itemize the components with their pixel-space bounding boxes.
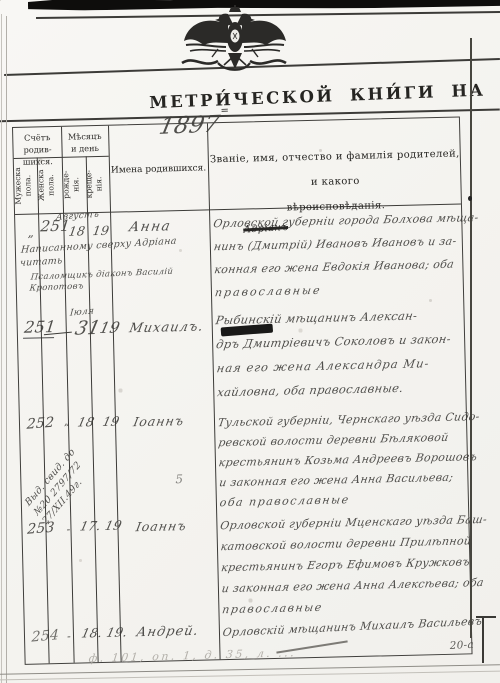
row1-male-ditto: „ bbox=[27, 226, 34, 240]
row5-child-name: Андрей. bbox=[135, 624, 200, 641]
row2-male-number: 251 bbox=[23, 317, 57, 339]
row1-correction-note: Написанному сверху Адріана читать bbox=[19, 233, 206, 270]
row1-birth-day: 18 bbox=[68, 223, 87, 238]
row3-parents-line4: и законная его жена Анна Васильева; bbox=[218, 468, 455, 494]
row5-birth-day: 18. bbox=[80, 625, 104, 641]
header-baptism-column: креще- нія. bbox=[84, 157, 111, 212]
row4-birth-day: 17. bbox=[79, 518, 103, 534]
row3-sheet-mark: 5 bbox=[175, 472, 183, 486]
row1-parents-line4: православные bbox=[213, 279, 323, 305]
bottom-right-corner-nub bbox=[476, 616, 496, 618]
row4-child-name: Іоаннъ bbox=[135, 518, 189, 534]
left-page-edge-inner bbox=[6, 16, 7, 683]
row2-child-name: Михаилъ. bbox=[128, 320, 205, 337]
header-female-column: Женска пола. bbox=[36, 158, 63, 213]
row1-baptism-day: 19 bbox=[92, 223, 111, 238]
right-page-edge bbox=[470, 38, 472, 638]
row3-parents-line5: оба православные bbox=[218, 490, 351, 513]
header-date-group: Мѣсяцъ и день bbox=[61, 130, 109, 155]
scanned-metrical-book-page: МЕТРИ́ЧЕСКОЙ КНИ́ГИ НА 1897 = Счётъ роди… bbox=[0, 0, 500, 683]
row2-baptism-day: 19 bbox=[98, 318, 122, 337]
row5-male-number: 254 bbox=[31, 627, 59, 646]
row1-child-name: Анна bbox=[128, 218, 173, 235]
row5-month-ditto: - bbox=[67, 630, 71, 643]
row2-parents-line4: хайловна, оба православные. bbox=[216, 377, 405, 404]
row5-baptism-day: 19. bbox=[105, 624, 129, 640]
row4-baptism-day: 19 bbox=[104, 517, 124, 532]
row4-month-ditto: - bbox=[66, 523, 70, 536]
register-table: Счётъ родив- шихся. Мѣсяцъ и день Мужеск… bbox=[12, 116, 473, 664]
row4-male-number: 253 bbox=[27, 520, 56, 538]
right-edge-ink-dot bbox=[468, 196, 472, 201]
title-printed-text: МЕТРИ́ЧЕСКОЙ КНИ́ГИ НА bbox=[149, 81, 486, 113]
bottom-right-corner-mark bbox=[482, 617, 484, 663]
row1-parents-line3: конная его жена Евдокія Иванова; оба bbox=[213, 253, 456, 282]
page-tilt-wrapper: МЕТРИ́ЧЕСКОЙ КНИ́ГИ НА 1897 = Счётъ роди… bbox=[0, 0, 500, 683]
row3-month-ditto: „ bbox=[64, 415, 70, 428]
footer-page-mark: 20-а bbox=[449, 639, 474, 652]
row3-child-name: Іоаннъ bbox=[132, 413, 186, 429]
header-names-column: Имена родившихся. bbox=[109, 163, 208, 175]
left-page-edge-outer bbox=[1, 14, 2, 683]
row3-male-number: 252 bbox=[26, 415, 55, 433]
row1-clerk-note: Псаломщикъ діаконъ Василій Кропотовъ bbox=[29, 266, 191, 295]
row1-month: Августъ bbox=[55, 210, 99, 223]
